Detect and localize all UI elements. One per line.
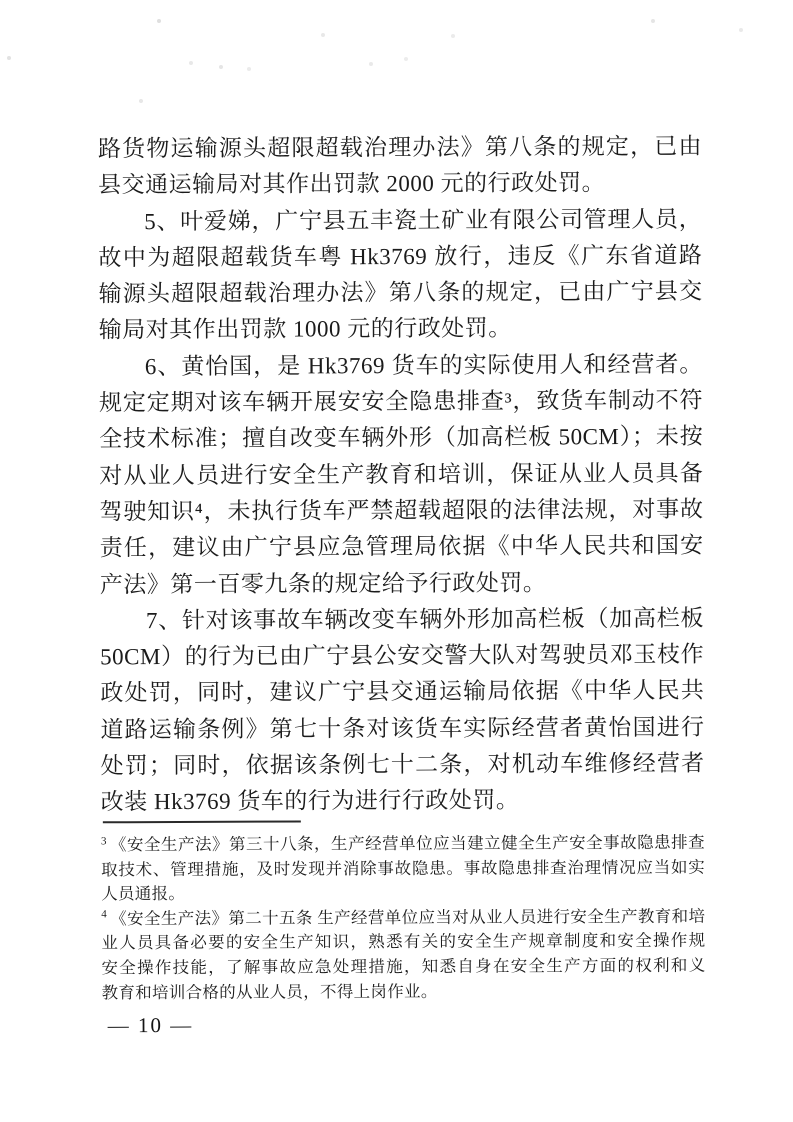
footnote-marker: 3 xyxy=(101,835,107,847)
footnote-line: 人员通报。 xyxy=(101,880,705,907)
body-line: 产法》第一百零九条的规定给予行政处罚。 xyxy=(100,564,704,603)
footnote-line: 教育和培训合格的从业人员，不得上岗作业。 xyxy=(102,978,706,1005)
body-line: 改装 Hk3769 货车的行为进行行政处罚。 xyxy=(101,782,705,821)
footnote-separator xyxy=(103,820,301,823)
body-line: 责任，建议由广宁县应急管理局依据《中华人民共和国安全生 xyxy=(100,528,704,567)
body-line: 6、黄怡国，是 Hk3769 货车的实际使用人和经营者。未按 xyxy=(99,346,703,385)
footnote-line: 3《安全生产法》第三十八条，生产经营单位应当建立健全生产安全事故隐患排查治理制度… xyxy=(101,831,705,858)
body-line: 驾驶知识⁴，未执行货车严禁超载超限的法律法规，对事故负有 xyxy=(99,492,703,531)
scan-noise xyxy=(0,0,2,2)
body-line: 5、叶爱娣，广宁县五丰瓷土矿业有限公司管理人员，在事 xyxy=(98,201,702,240)
body-line: 道路运输条例》第七十条对该货车实际经营者黄怡国进行行政 xyxy=(100,709,704,748)
scanned-page: 路货物运输源头超限超载治理办法》第八条的规定，已由广宁县交通运输局对其作出罚款 … xyxy=(0,0,793,1122)
body-line: 7、针对该事故车辆改变车辆外形加高栏板（加高栏板约 xyxy=(100,601,704,640)
footnote-line: 取技术、管理措施，及时发现并消除事故隐患。事故隐患排查治理情况应当如实记录，并向… xyxy=(101,855,705,882)
body-line: 政处罚，同时，建议广宁县交通运输局依据《中华人民共和国 xyxy=(100,673,704,712)
footnote-line: 4《安全生产法》第二十五条 生产经营单位应当对从业人员进行安全生产教育和培训，保… xyxy=(101,904,705,931)
footnote-marker: 4 xyxy=(101,909,107,921)
body-line: 输源头超限超载治理办法》第八条的规定，已由广宁县交通运 xyxy=(98,274,702,313)
page-content: 路货物运输源头超限超载治理办法》第八条的规定，已由广宁县交通运输局对其作出罚款 … xyxy=(98,129,706,1122)
body-line: 输局对其作出罚款 1000 元的行政处罚。 xyxy=(99,310,703,349)
footnote-line: 安全操作技能，了解事故应急处理措施，知悉自身在安全生产方面的权利和义务。未经安全… xyxy=(101,954,705,981)
body-line: 故中为超限超载货车粤 Hk3769 放行，违反《广东省道路货物运 xyxy=(98,238,702,277)
footnote-line: 业人员具备必要的安全生产知识，熟悉有关的安全生产规章制度和安全操作规程，掌握本岗… xyxy=(101,929,705,956)
body-line: 全技术标准；擅自改变车辆外形（加高栏板 50CM）；未按规定 xyxy=(99,419,703,458)
footnotes-block: 3《安全生产法》第三十八条，生产经营单位应当建立健全生产安全事故隐患排查治理制度… xyxy=(101,831,706,1006)
body-line: 路货物运输源头超限超载治理办法》第八条的规定，已由广宁 xyxy=(98,129,702,168)
body-line: 规定定期对该车辆开展安安全隐患排查³，致货车制动不符合安 xyxy=(99,383,703,422)
document-body: 路货物运输源头超限超载治理办法》第八条的规定，已由广宁县交通运输局对其作出罚款 … xyxy=(98,129,705,821)
page-number: — 10 — xyxy=(108,1013,194,1038)
body-line: 处罚；同时，依据该条例七十二条，对机动车维修经营者擅自 xyxy=(101,746,705,785)
body-line: 50CM）的行为已由广宁县公安交警大队对驾驶员邓玉枝作出行 xyxy=(100,637,704,676)
body-line: 对从业人员进行安全生产教育和培训，保证从业人员具备安全 xyxy=(99,455,703,494)
body-line: 县交通运输局对其作出罚款 2000 元的行政处罚。 xyxy=(98,165,702,204)
